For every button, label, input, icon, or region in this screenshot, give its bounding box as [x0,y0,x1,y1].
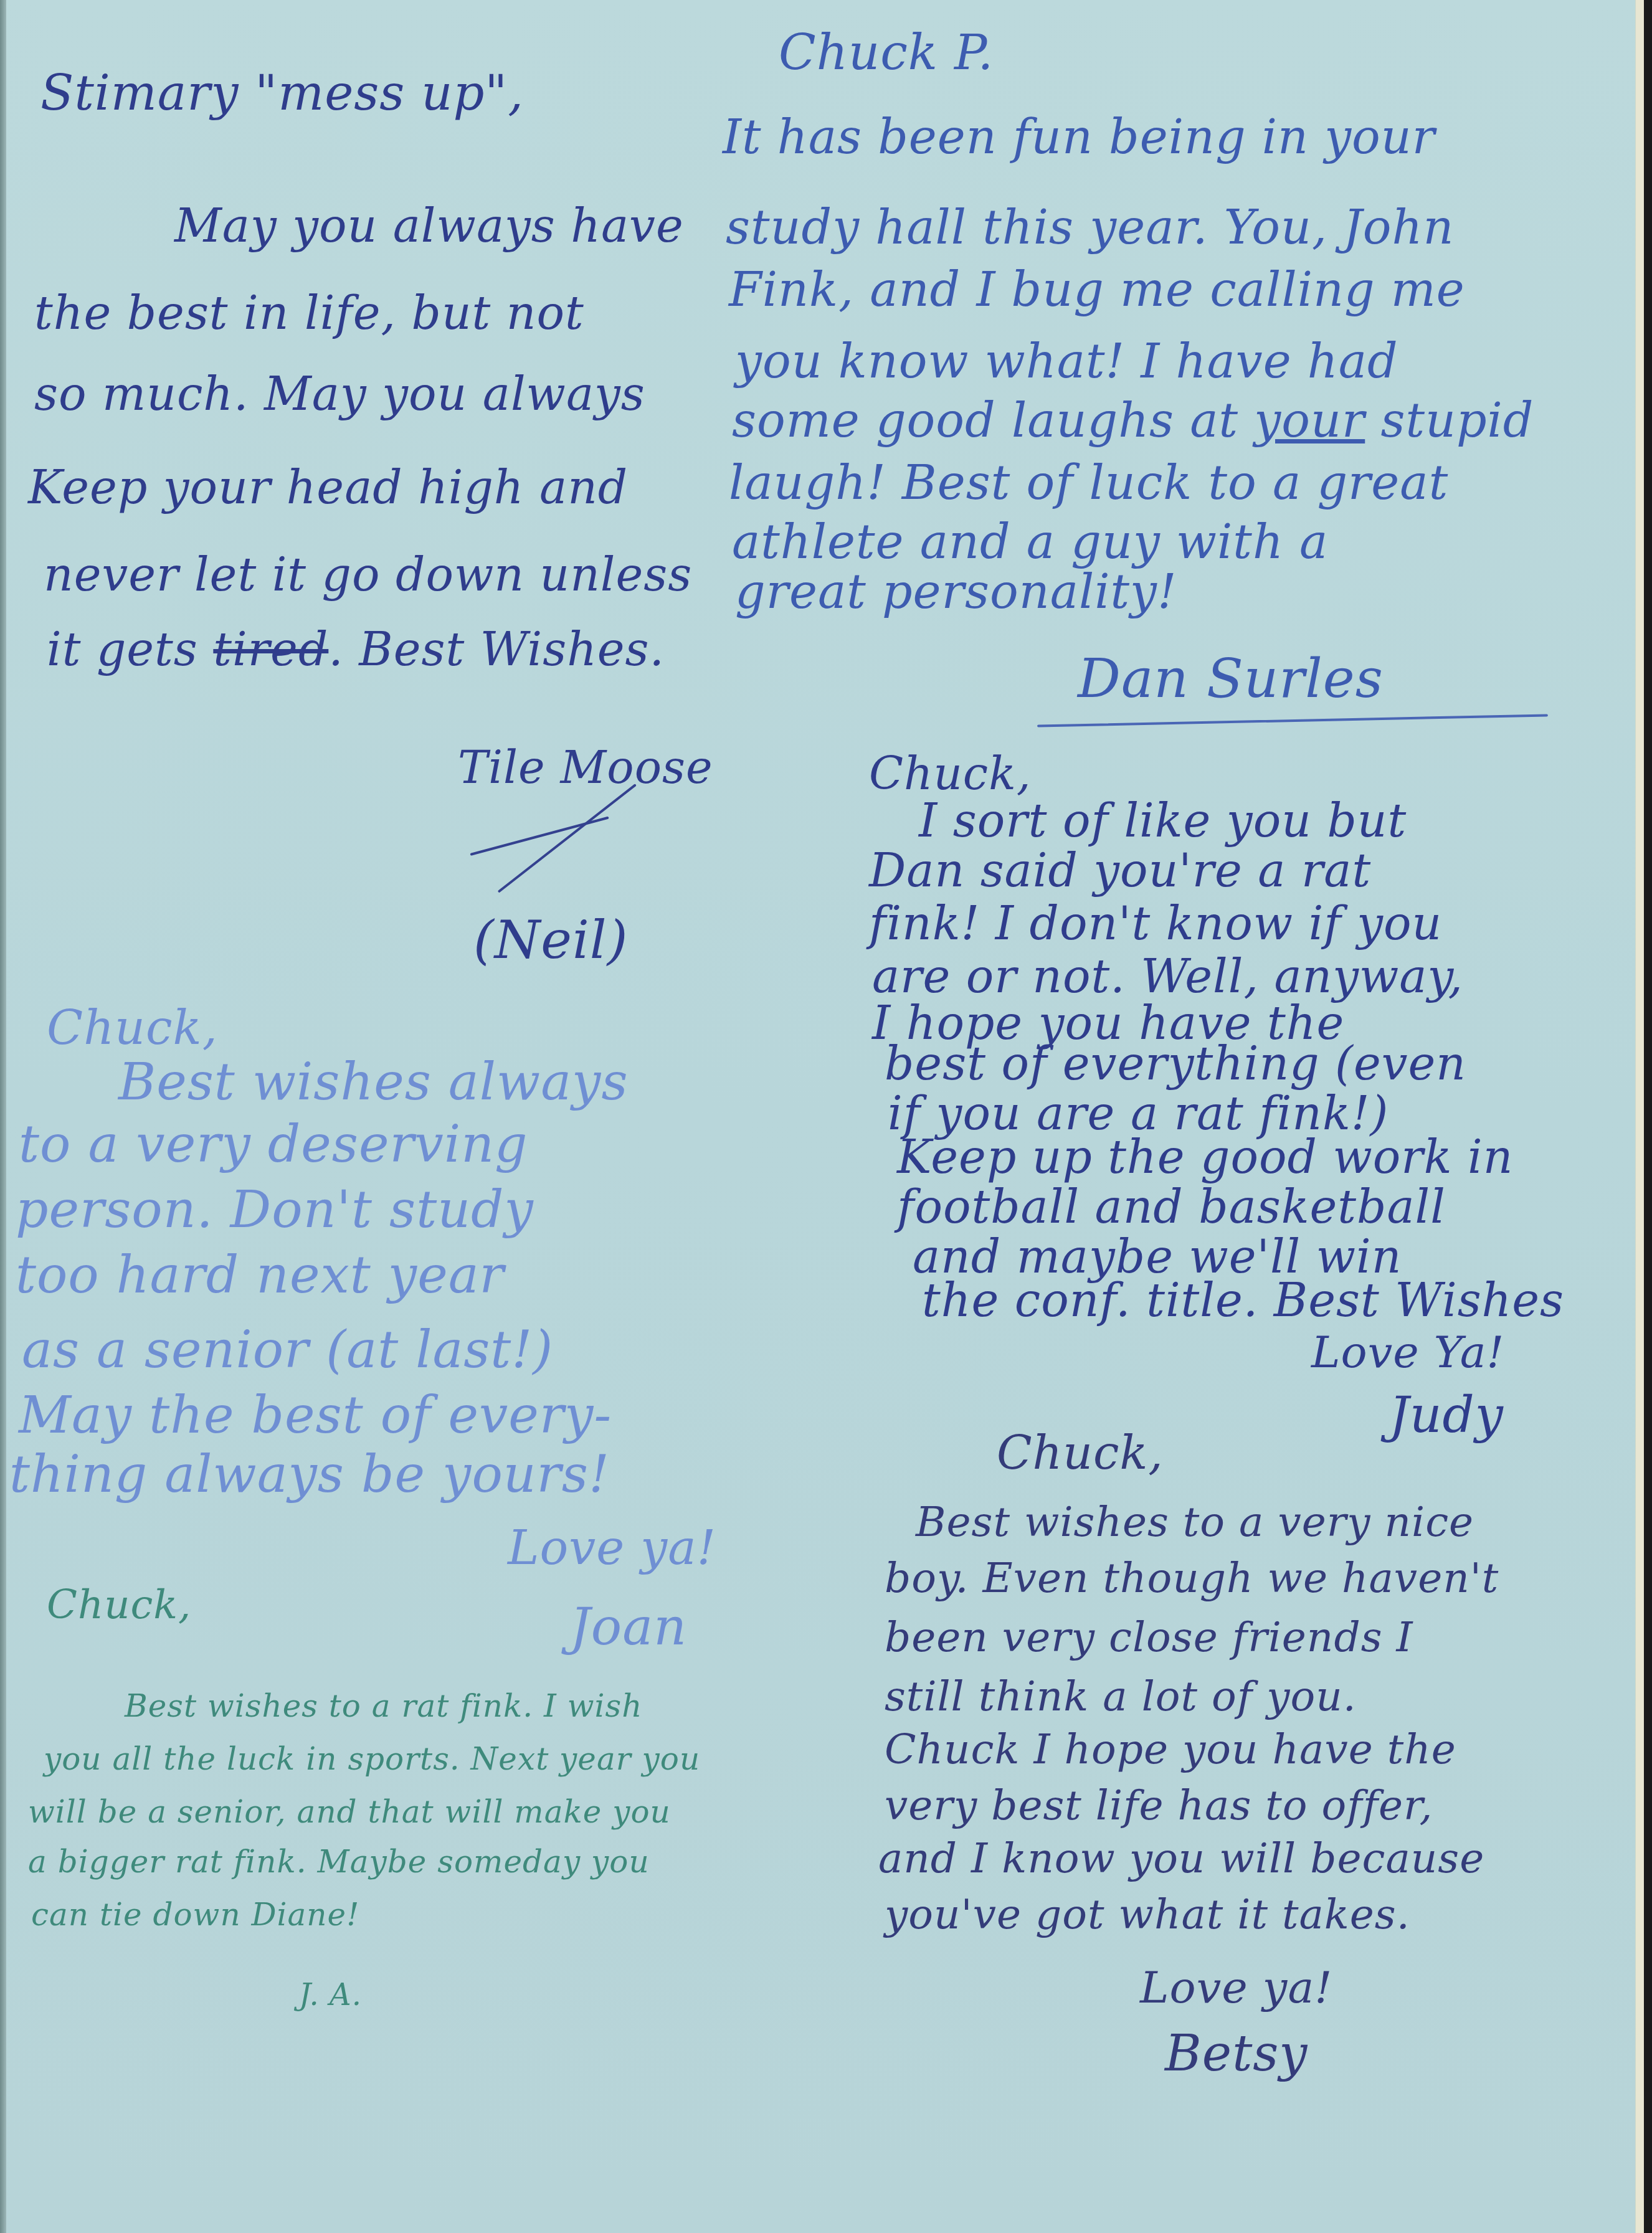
note-last-line: it gets tired. Best Wishes. [47,623,665,676]
note-line: boy. Even though we haven't [885,1554,1499,1602]
note-line: the conf. title. Best Wishes [922,1274,1564,1327]
note-salutation: Chuck, [47,1582,191,1628]
note-line: are or not. Well, anyway, [872,950,1463,1003]
note-line: too hard next year [16,1246,505,1305]
yearbook-page: Stimary "mess up", May you always have t… [0,0,1652,2233]
note-line: laugh! Best of luck to a great [729,455,1448,510]
note-line: May the best of every- [19,1386,612,1445]
note-line: Keep up the good work in [897,1131,1513,1184]
note-line: never let it go down unless [44,548,692,602]
note-line: May you always have [174,199,684,253]
note-line: been very close friends I [885,1613,1413,1661]
note-line: some good laughs at [732,392,1238,448]
note-line: to a very deserving [19,1115,528,1174]
struck-word: tired [213,623,328,676]
note-line: person. Don't study [16,1180,534,1240]
note-line: the best in life, but not [34,287,584,340]
note-line: and I know you will because [878,1834,1484,1882]
page-right-edge [1635,0,1645,2233]
note-line: you know what! I have had [735,333,1398,389]
note-salutation: Stimary "mess up", [40,65,524,121]
binding-shadow [1644,0,1652,2233]
note-salutation: Chuck, [869,747,1032,800]
note-line: a bigger rat fink. Maybe someday you [28,1844,650,1880]
note-line: you all the luck in sports. Next year yo… [44,1741,700,1777]
signature-flourish [498,784,637,893]
note-line: great personality! [735,564,1177,619]
page-spine-edge [0,0,6,2233]
note-line: Chuck I hope you have the [885,1725,1456,1773]
note-line: It has been fun being in your [723,109,1435,164]
underlined-word: your [1254,392,1365,448]
note-line-with-underline: some good laughs at your stupid [732,392,1534,448]
note-salutation: Chuck, [997,1426,1164,1480]
note-line: football and basketball [897,1180,1446,1234]
note-line-tail: . Best Wishes. [328,623,665,676]
note-line: study hall this year. You, John [726,199,1454,255]
note-line: I sort of like you but [919,794,1407,848]
signature-sub: (Neil) [473,909,628,970]
note-closing: Love ya! [508,1520,716,1575]
note-line: will be a senior, and that will make you [28,1794,671,1830]
note-line: you've got what it takes. [885,1890,1410,1938]
signature: J. A. [299,1978,362,2013]
signature: Judy [1389,1386,1504,1444]
signature-underline [1037,714,1548,727]
note-line: Best wishes always [118,1053,628,1112]
note-line: fink! I don't know if you [869,897,1442,951]
note-closing: Love Ya! [1311,1327,1505,1378]
signature: Joan [570,1598,687,1657]
signature: Tile Moose [458,741,713,794]
note-line: Keep your head high and [28,461,628,514]
signature: Dan Surles [1078,648,1384,710]
note-line: it gets [47,623,198,676]
note-line: very best life has to offer, [885,1781,1433,1829]
note-line: so much. May you always [34,367,645,421]
note-line: thing always be yours! [9,1445,610,1504]
note-line: Best wishes to a rat fink. I wish [125,1688,642,1724]
note-salutation: Chuck, [47,1000,218,1055]
note-line-tail: stupid [1380,392,1534,448]
note-line: athlete and a guy with a [732,514,1328,569]
note-line: can tie down Diane! [31,1897,359,1933]
note-line: still think a lot of you. [885,1672,1357,1720]
note-closing: Love ya! [1140,1962,1332,2013]
note-line: best of everything (even [885,1037,1466,1091]
note-line: Dan said you're a rat [869,844,1371,898]
note-line: as a senior (at last!) [22,1320,553,1380]
signature: Betsy [1165,2024,1308,2082]
note-line: Best wishes to a very nice [916,1498,1474,1546]
note-salutation: Chuck P. [779,25,994,81]
note-line: Fink, and I bug me calling me [729,262,1465,317]
